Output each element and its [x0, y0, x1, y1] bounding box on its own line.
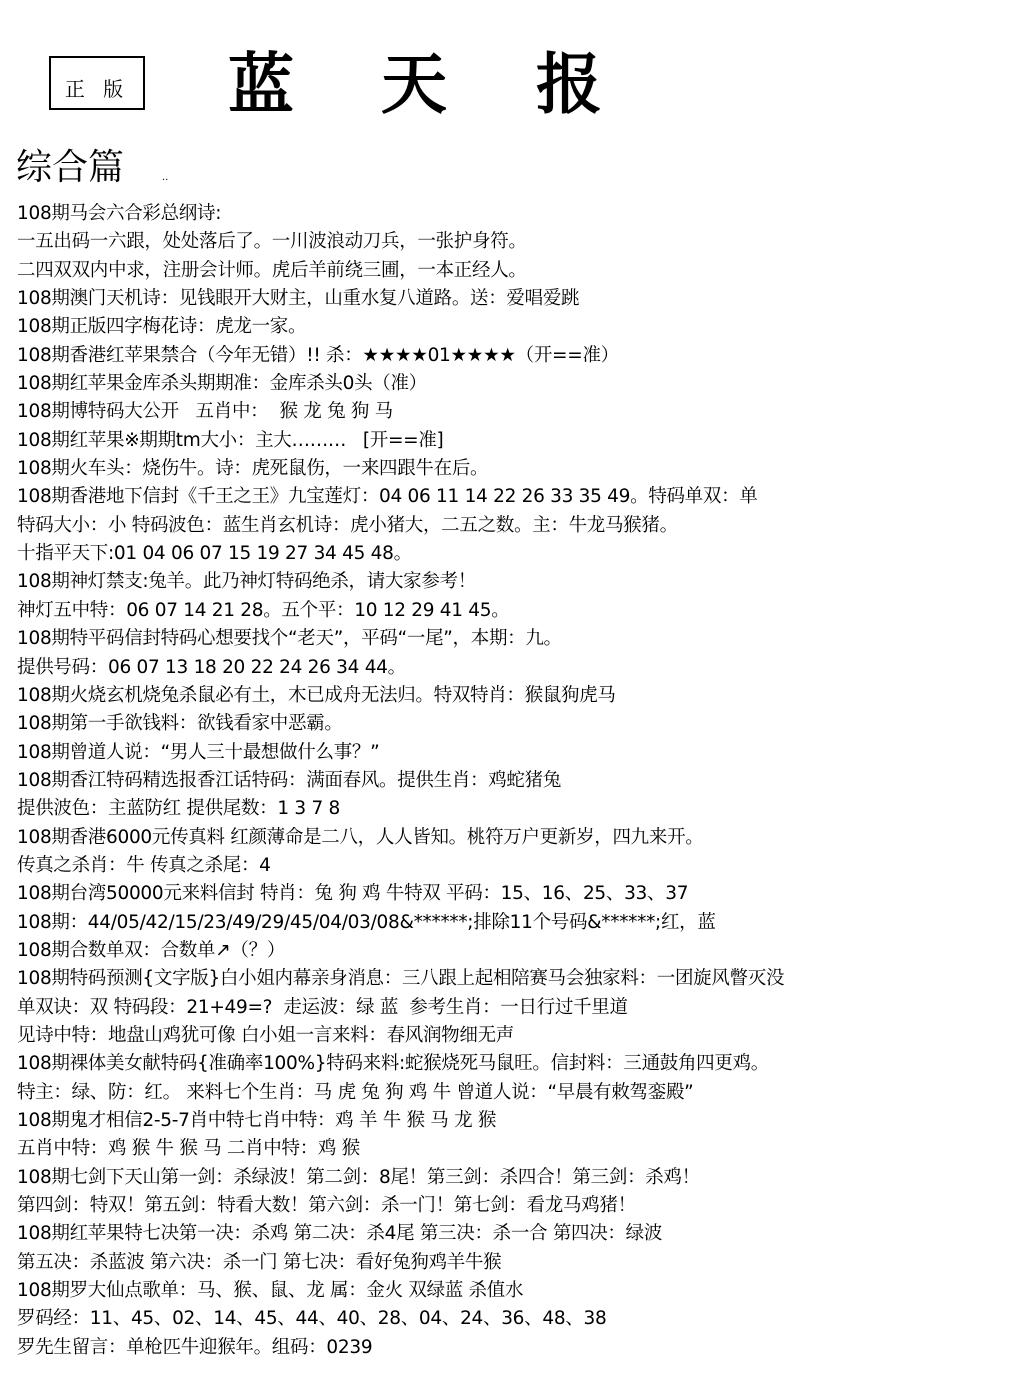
- text-line: 十指平天下:01 04 06 07 15 19 27 34 45 48。: [17, 540, 1007, 568]
- edition-badge: 正 版: [49, 56, 145, 110]
- text-line: 五肖中特：鸡 猴 牛 猴 马 二肖中特：鸡 猴: [17, 1135, 1007, 1163]
- edition-badge-label: 正 版: [65, 73, 129, 102]
- text-line: 二四双双内中求，注册会计师。虎后羊前绕三圃，一本正经人。: [17, 257, 1007, 285]
- text-line: 神灯五中特：06 07 14 21 28。五个平：10 12 29 41 45。: [17, 597, 1007, 625]
- text-line: 108期香港红苹果禁合（今年无错）!! 杀：★★★★01★★★★（开==准）: [17, 342, 1007, 370]
- masthead-char-1: 蓝: [228, 44, 294, 124]
- text-line: 108期曾道人说：“男人三十最想做什么事？”: [17, 739, 1007, 767]
- section-dots: ..: [162, 172, 168, 183]
- content-lines: 108期马会六合彩总纲诗: 一五出码一六跟，处处落后了。一川波浪动刀兵，一张护身…: [17, 200, 1007, 1362]
- text-line: 108期鬼才相信2-5-7肖中特七肖中特：鸡 羊 牛 猴 马 龙 猴: [17, 1107, 1007, 1135]
- text-line: 108期红苹果金库杀头期期准：金库杀头0头（准）: [17, 370, 1007, 398]
- text-line: 罗码经：11、45、02、14、45、44、40、28、04、24、36、48、…: [17, 1305, 1007, 1333]
- text-line: 108期：44/05/42/15/23/49/29/45/04/03/08&**…: [17, 909, 1007, 937]
- text-line: 108期火烧玄机烧兔杀鼠必有土，木已成舟无法归。特双特肖：猴鼠狗虎马: [17, 682, 1007, 710]
- text-line: 108期澳门天机诗：见钱眼开大财主，山重水复八道路。送：爱唱爱跳: [17, 285, 1007, 313]
- text-line: 108期马会六合彩总纲诗:: [17, 200, 1007, 228]
- text-line: 108期神灯禁支:兔羊。此乃神灯特码绝杀，请大家参考！: [17, 568, 1007, 596]
- masthead-char-2: 天: [381, 44, 447, 124]
- text-line: 108期火车头：烧伤牛。诗：虎死鼠伤，一来四跟牛在后。: [17, 455, 1007, 483]
- text-line: 见诗中特：地盘山鸡犹可像 白小姐一言来料：春风润物细无声: [17, 1022, 1007, 1050]
- text-line: 特码大小：小 特码波色：蓝生肖玄机诗：虎小猪大，二五之数。主：牛龙马猴猪。: [17, 512, 1007, 540]
- text-line: 单双诀：双 特码段：21+49=? 走运波：绿 蓝 参考生肖：一日行过千里道: [17, 994, 1007, 1022]
- section-title: 综合篇: [16, 146, 124, 190]
- masthead-char-3: 报: [536, 44, 602, 124]
- text-line: 108期红苹果特七决第一决：杀鸡 第二决：杀4尾 第三决：杀一合 第四决：绿波: [17, 1220, 1007, 1248]
- text-line: 传真之杀肖：牛 传真之杀尾：4: [17, 852, 1007, 880]
- text-line: 108期香港地下信封《千王之王》九宝莲灯：04 06 11 14 22 26 3…: [17, 483, 1007, 511]
- text-line: 一五出码一六跟，处处落后了。一川波浪动刀兵，一张护身符。: [17, 228, 1007, 256]
- text-line: 108期特码预测{文字版}白小姐内幕亲身消息：三八跟上起相陪赛马会独家料：一团旋…: [17, 965, 1007, 993]
- text-line: 108期台湾50000元来料信封 特肖：兔 狗 鸡 牛特双 平码：15、16、2…: [17, 880, 1007, 908]
- text-line: 108期香港6000元传真料 红颜薄命是二八，人人皆知。桃符万户更新岁，四九来开…: [17, 824, 1007, 852]
- text-line: 108期香江特码精选报香江话特码：满面春风。提供生肖：鸡蛇猪兔: [17, 767, 1007, 795]
- text-line: 108期合数单双：合数单↗（？）: [17, 937, 1007, 965]
- text-line: 108期第一手欲钱料：欲钱看家中恶霸。: [17, 710, 1007, 738]
- text-line: 108期裸体美女献特码{准确率100%}特码来料:蛇猴烧死马鼠旺。信封料：三通鼓…: [17, 1050, 1007, 1078]
- text-line: 108期特平码信封特码心想要找个“老天”，平码“一尾”，本期：九。: [17, 625, 1007, 653]
- text-line: 108期正版四字梅花诗：虎龙一家。: [17, 313, 1007, 341]
- text-line: 第五决：杀蓝波 第六决：杀一门 第七决：看好兔狗鸡羊牛猴: [17, 1249, 1007, 1277]
- text-line: 第四剑：特双！第五剑：特看大数！第六剑：杀一门！第七剑：看龙马鸡猪！: [17, 1192, 1007, 1220]
- text-line: 提供波色：主蓝防红 提供尾数：1 3 7 8: [17, 795, 1007, 823]
- text-line: 108期七剑下天山第一剑：杀绿波！第二剑：8尾！第三剑：杀四合！第三剑：杀鸡！: [17, 1164, 1007, 1192]
- text-line: 108期罗大仙点歌单：马、猴、鼠、龙 属：金火 双绿蓝 杀值水: [17, 1277, 1007, 1305]
- text-line: 108期博特码大公开 五肖中： 猴 龙 兔 狗 马: [17, 398, 1007, 426]
- text-line: 提供号码：06 07 13 18 20 22 24 26 34 44。: [17, 654, 1007, 682]
- text-line: 罗先生留言：单枪匹牛迎猴年。组码：0239: [17, 1334, 1007, 1362]
- text-line: 108期红苹果※期期tm大小：主大……… [开==准]: [17, 427, 1007, 455]
- text-line: 特主：绿、防：红。 来料七个生肖：马 虎 兔 狗 鸡 牛 曾道人说：“早晨有敕驾…: [17, 1079, 1007, 1107]
